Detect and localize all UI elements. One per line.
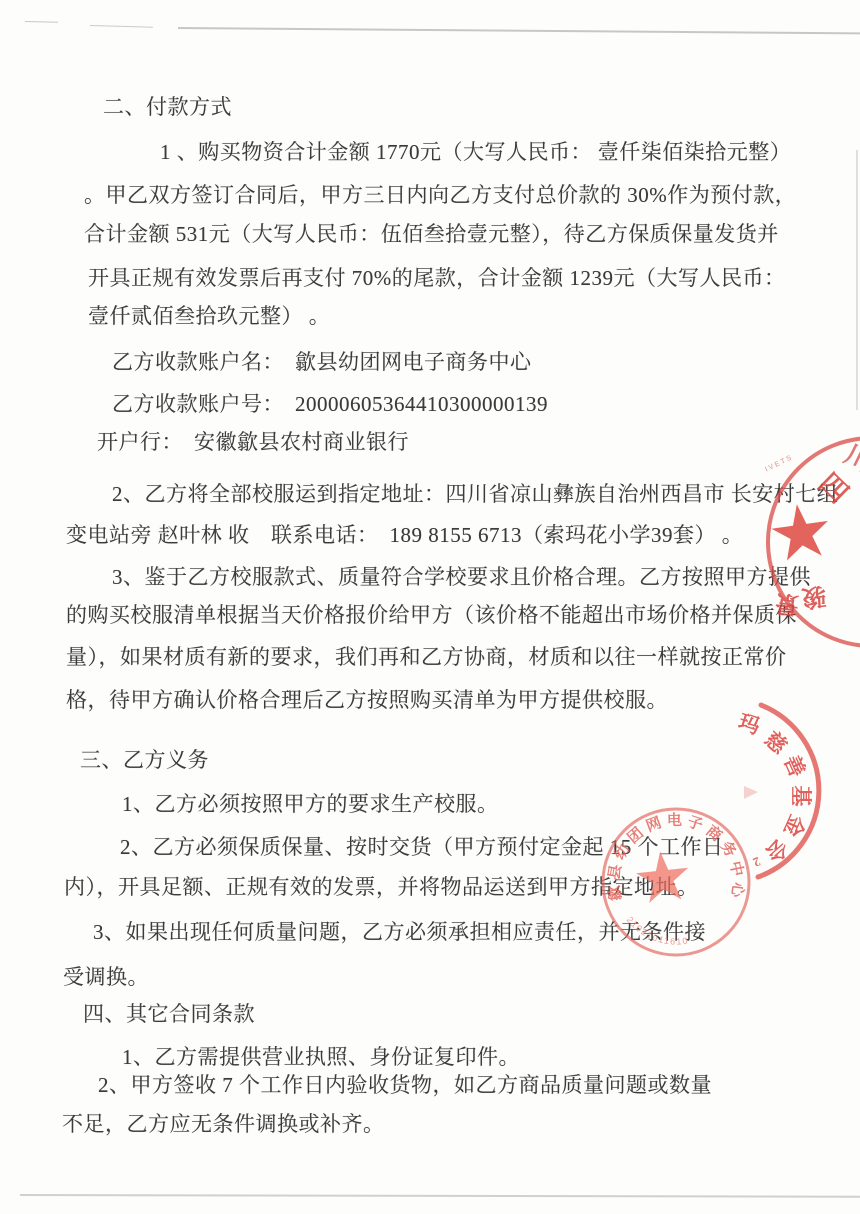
bank-branch-line: 开户行： 安徽歙县农村商业银行	[97, 430, 409, 454]
section-heading-party-b-duties: 三、乙方义务	[80, 748, 209, 772]
corner-stamp-char-side: 川	[840, 440, 860, 477]
contract-line: 格，待甲方确认价格合理后乙方按照购买清单为甲方提供校服。	[66, 688, 668, 712]
payee-account-name-line: 乙方收款账户名： 歙县幼团网电子商务中心	[112, 350, 532, 374]
contract-line: 受调换。	[63, 965, 149, 989]
contract-line: 合计金额 531元（大写人民币：伍佰叁拾壹元整），待乙方保质保量发货并	[84, 222, 779, 246]
contract-line: 3、如果出现任何质量问题，乙方必须承担相应责任，并无条件接	[93, 920, 706, 944]
foundation-seal: 玛 慈 善 基 金 会 2	[735, 705, 818, 877]
scan-edge-bottom	[20, 1194, 860, 1198]
foundation-seal-mark: 2	[751, 854, 763, 870]
scan-edge-top-2	[90, 25, 153, 28]
foundation-seal-char-2: 慈	[760, 727, 792, 759]
contract-line: 。甲乙双方签订合同后，甲方三日内向乙方支付总价款的 30%作为预付款，	[84, 183, 796, 207]
contract-line: 2、乙方将全部校服运到指定地址：四川省凉山彝族自治州西昌市 长安村七组	[112, 482, 838, 506]
section-heading-payment: 二、付款方式	[103, 95, 232, 119]
payee-account-number-line: 乙方收款账户号： 20000605364410300000139	[112, 392, 548, 416]
contract-line: 1、乙方必须按照甲方的要求生产校服。	[122, 792, 499, 816]
contract-line: 量），如果材质有新的要求，我们再和乙方协商，材质和以往一样就按正常价	[66, 645, 787, 669]
corner-stamp-star-icon	[769, 500, 833, 562]
foundation-seal-star-tip-icon	[744, 786, 758, 799]
contract-line: 内），开具足额、正规有效的发票，并将物品运送到甲方指定地址。	[64, 875, 699, 899]
scan-edge-top-3	[178, 27, 860, 34]
contract-line: 不足，乙方应无条件调换或补齐。	[62, 1112, 385, 1136]
scan-edge-right	[856, 150, 858, 410]
section-heading-other-terms: 四、其它合同条款	[83, 1002, 255, 1026]
foundation-seal-char-3: 善	[779, 752, 809, 781]
foundation-seal-char-6: 会	[761, 834, 793, 866]
foundation-seal-char-4: 基	[789, 786, 813, 807]
contract-line: 3、鉴于乙方校服款式、质量符合学校要求且价格合理。乙方按照甲方提供	[112, 565, 811, 589]
contract-page: 二、付款方式 1 、购买物资合计金额 1770元（大写人民币： 壹仟柒佰柒拾元整…	[0, 0, 860, 1214]
foundation-seal-char-1: 玛	[735, 710, 762, 739]
foundation-seal-char-5: 金	[779, 811, 809, 840]
contract-line: 2、甲方签收 7 个工作日内验收货物，如乙方商品质量问题或数量	[98, 1073, 712, 1097]
contract-line: 开具正规有效发票后再支付 70%的尾款，合计金额 1239元（大写人民币：	[88, 266, 786, 290]
contact-phone-line: 变电站旁 赵叶林 收 联系电话： 189 8155 6713（索玛花小学39套）…	[66, 523, 743, 547]
contract-line: 1 、购买物资合计金额 1770元（大写人民币： 壹仟柒佰柒拾元整）	[160, 140, 791, 164]
scan-edge-top-1	[25, 21, 58, 23]
contract-line: 2、乙方必须保质保量、按时交货（甲方预付定金起 15 个工作日	[120, 835, 724, 859]
contract-line: 的购买校服清单根据当天价格报价给甲方（该价格不能超出市场价格并保质保	[66, 603, 797, 627]
corner-stamp-ring-letters: IVETS	[764, 454, 794, 474]
contract-line: 1、乙方需提供营业执照、身份证复印件。	[122, 1045, 520, 1069]
contract-line: 壹仟贰佰叁拾玖元整） 。	[88, 304, 330, 328]
